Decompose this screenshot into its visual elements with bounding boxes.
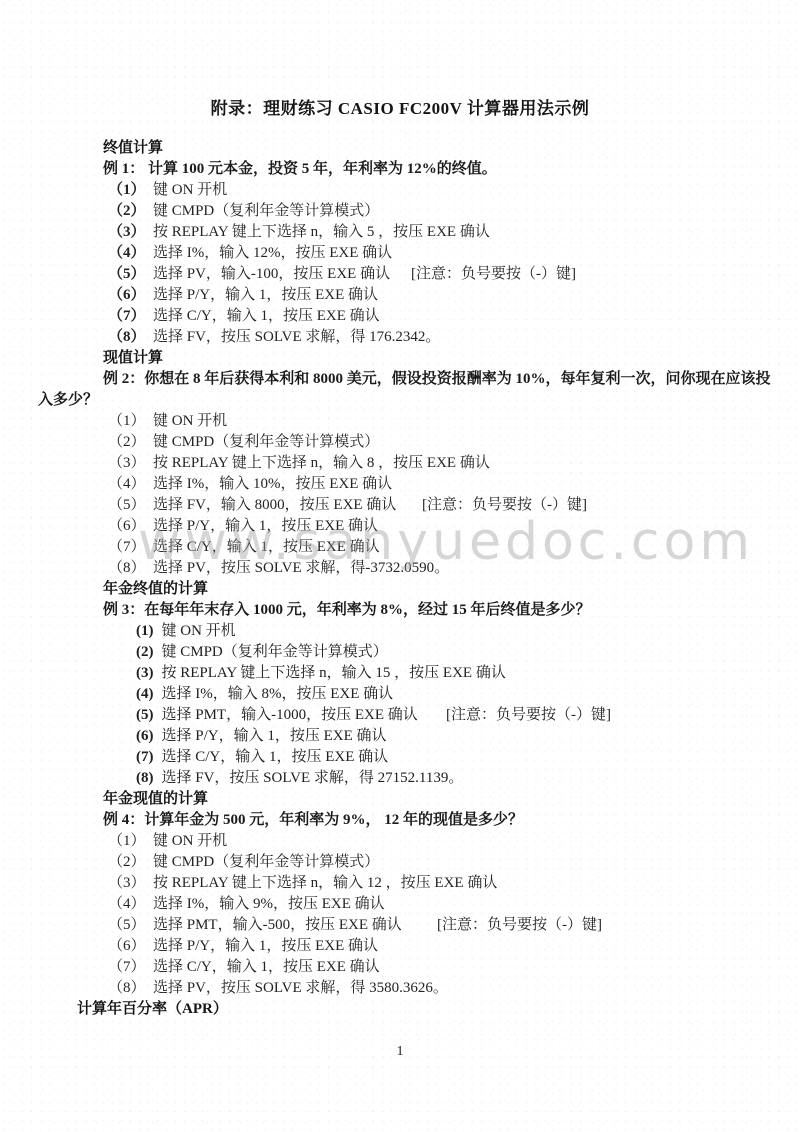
step-number: （5） xyxy=(108,495,153,516)
step-line: (4)选择 I%，输入 8%，按压 EXE 确认 xyxy=(0,684,800,705)
example-2-text: 例 2：你想在 8 年后获得本利和 8000 美元，假设投资报酬率为 10%，每… xyxy=(0,369,800,390)
step-text: 选择 PV，按压 SOLVE 求解，得-3732.0590。 xyxy=(153,560,449,576)
step-line: （2）键 CMPD（复利年金等计算模式） xyxy=(0,201,800,222)
document-body: 终值计算 例 1： 计算 100 元本金，投资 5 年，年利率为 12%的终值。… xyxy=(0,138,800,1020)
step-line: （7）选择 C/Y，输入 1，按压 EXE 确认 xyxy=(0,306,800,327)
step-line: （6）选择 P/Y，输入 1，按压 EXE 确认 xyxy=(0,516,800,537)
step-number: (5) xyxy=(136,705,154,726)
step-number: (2) xyxy=(136,642,154,663)
step-text: 键 CMPD（复利年金等计算模式） xyxy=(153,854,379,870)
step-line: (1)键 ON 开机 xyxy=(0,621,800,642)
step-text: 选择 I%，输入 9%，按压 EXE 确认 xyxy=(153,896,385,912)
step-number: （3） xyxy=(108,222,153,243)
step-text: 键 CMPD（复利年金等计算模式） xyxy=(153,434,379,450)
step-number: （1） xyxy=(108,411,153,432)
step-text: 按 REPLAY 键上下选择 n，输入 12 ，按压 EXE 确认 xyxy=(153,875,497,891)
step-line: （1）键 ON 开机 xyxy=(0,180,800,201)
step-line: （4）选择 I%，输入 12%，按压 EXE 确认 xyxy=(0,243,800,264)
negative-sign-note: [注意：负号要按（-）键] xyxy=(437,915,602,936)
step-text: 选择 P/Y，输入 1，按压 EXE 确认 xyxy=(153,287,378,303)
step-text: 选择 C/Y，输入 1，按压 EXE 确认 xyxy=(153,308,380,324)
step-text: 键 ON 开机 xyxy=(153,182,227,198)
step-line: （3）按 REPLAY 键上下选择 n，输入 5 ，按压 EXE 确认 xyxy=(0,222,800,243)
step-number: （5） xyxy=(108,915,153,936)
section-heading-final-value: 终值计算 xyxy=(0,138,800,159)
step-text: 选择 FV，按压 SOLVE 求解，得 176.2342。 xyxy=(153,329,440,345)
step-line: （8）选择 PV，按压 SOLVE 求解，得-3732.0590。 xyxy=(0,558,800,579)
step-number: （8） xyxy=(108,978,153,999)
step-line: (7)选择 C/Y，输入 1，按压 EXE 确认 xyxy=(0,747,800,768)
step-number: （5） xyxy=(108,264,153,285)
step-line: （5）选择 PMT，输入-500，按压 EXE 确认[注意：负号要按（-）键] xyxy=(0,915,800,936)
example-3-text: 例 3：在每年年末存入 1000 元，年利率为 8%，经过 15 年后终值是多少… xyxy=(0,600,800,621)
example-4-text: 例 4：计算年金为 500 元，年利率为 9%， 12 年的现值是多少？ xyxy=(0,810,800,831)
step-text: 选择 PMT，输入-500，按压 EXE 确认 xyxy=(153,917,402,933)
step-text: 选择 PV，按压 SOLVE 求解，得 3580.3626。 xyxy=(153,980,448,996)
step-number: （6） xyxy=(108,516,153,537)
step-text: 选择 C/Y，输入 1，按压 EXE 确认 xyxy=(162,749,389,765)
step-text: 选择 P/Y，输入 1，按压 EXE 确认 xyxy=(162,728,387,744)
step-number: （2） xyxy=(108,201,153,222)
step-number: （4） xyxy=(108,474,153,495)
step-number: (3) xyxy=(136,663,154,684)
page-number: 1 xyxy=(0,1044,800,1060)
step-number: （2） xyxy=(108,852,153,873)
step-number: （8） xyxy=(108,558,153,579)
step-text: 选择 I%，输入 10%，按压 EXE 确认 xyxy=(153,476,392,492)
step-line: （2）键 CMPD（复利年金等计算模式） xyxy=(0,852,800,873)
negative-sign-note: [注意：负号要按（-）键] xyxy=(422,495,587,516)
step-number: （8） xyxy=(108,327,153,348)
step-line: （3）按 REPLAY 键上下选择 n，输入 8 ，按压 EXE 确认 xyxy=(0,453,800,474)
step-number: （3） xyxy=(108,873,153,894)
step-text: 键 CMPD（复利年金等计算模式） xyxy=(162,644,388,660)
step-text: 键 ON 开机 xyxy=(153,833,227,849)
step-number: （4） xyxy=(108,243,153,264)
step-text: 键 ON 开机 xyxy=(153,413,227,429)
step-number: (4) xyxy=(136,684,154,705)
step-number: （1） xyxy=(108,180,153,201)
step-text: 选择 FV，按压 SOLVE 求解，得 27152.1139。 xyxy=(162,770,464,786)
step-number: （6） xyxy=(108,936,153,957)
step-text: 选择 PMT，输入-1000，按压 EXE 确认 xyxy=(162,707,418,723)
step-text: 选择 C/Y，输入 1，按压 EXE 确认 xyxy=(153,539,380,555)
step-text: 键 ON 开机 xyxy=(162,623,236,639)
document-title: 附录：理财练习 CASIO FC200V 计算器用法示例 xyxy=(0,94,800,119)
step-text: 选择 P/Y，输入 1，按压 EXE 确认 xyxy=(153,518,378,534)
step-line: （4）选择 I%，输入 9%，按压 EXE 确认 xyxy=(0,894,800,915)
example-2-text-wrap: 入多少？ xyxy=(0,390,800,411)
step-line: (2)键 CMPD（复利年金等计算模式） xyxy=(0,642,800,663)
document-page: 附录：理财练习 CASIO FC200V 计算器用法示例 终值计算 例 1： 计… xyxy=(0,0,800,1132)
step-text: 选择 I%，输入 12%，按压 EXE 确认 xyxy=(153,245,392,261)
step-text: 按 REPLAY 键上下选择 n，输入 8 ，按压 EXE 确认 xyxy=(153,455,490,471)
step-line: （5）选择 FV，输入 8000，按压 EXE 确认[注意：负号要按（-）键] xyxy=(0,495,800,516)
step-line: （5）选择 PV，输入-100，按压 EXE 确认[注意：负号要按（-）键] xyxy=(0,264,800,285)
step-number: （7） xyxy=(108,537,153,558)
step-number: （7） xyxy=(108,957,153,978)
step-number: （1） xyxy=(108,831,153,852)
step-text: 选择 I%，输入 8%，按压 EXE 确认 xyxy=(162,686,394,702)
step-number: (1) xyxy=(136,621,154,642)
step-text: 选择 P/Y，输入 1，按压 EXE 确认 xyxy=(153,938,378,954)
section-heading-apr: 计算年百分率（APR） xyxy=(0,999,800,1020)
step-line: （1）键 ON 开机 xyxy=(0,831,800,852)
step-line: (6)选择 P/Y，输入 1，按压 EXE 确认 xyxy=(0,726,800,747)
negative-sign-note: [注意：负号要按（-）键] xyxy=(446,705,611,726)
example-1-text: 例 1： 计算 100 元本金，投资 5 年，年利率为 12%的终值。 xyxy=(0,159,800,180)
step-number: (7) xyxy=(136,747,154,768)
section-heading-present-value: 现值计算 xyxy=(0,348,800,369)
step-line: （8）选择 PV，按压 SOLVE 求解，得 3580.3626。 xyxy=(0,978,800,999)
step-line: （7）选择 C/Y，输入 1，按压 EXE 确认 xyxy=(0,537,800,558)
step-line: （7）选择 C/Y，输入 1，按压 EXE 确认 xyxy=(0,957,800,978)
step-line: （4）选择 I%，输入 10%，按压 EXE 确认 xyxy=(0,474,800,495)
step-text: 选择 PV，输入-100，按压 EXE 确认 xyxy=(153,266,390,282)
step-line: (3)按 REPLAY 键上下选择 n，输入 15 ，按压 EXE 确认 xyxy=(0,663,800,684)
step-number: (8) xyxy=(136,768,154,789)
step-line: (8)选择 FV，按压 SOLVE 求解，得 27152.1139。 xyxy=(0,768,800,789)
step-line: （2）键 CMPD（复利年金等计算模式） xyxy=(0,432,800,453)
step-text: 按 REPLAY 键上下选择 n，输入 15 ，按压 EXE 确认 xyxy=(162,665,506,681)
step-line: （6）选择 P/Y，输入 1，按压 EXE 确认 xyxy=(0,936,800,957)
step-number: （7） xyxy=(108,306,153,327)
section-heading-annuity-present-value: 年金现值的计算 xyxy=(0,789,800,810)
step-line: （8）选择 FV，按压 SOLVE 求解，得 176.2342。 xyxy=(0,327,800,348)
step-text: 按 REPLAY 键上下选择 n，输入 5 ，按压 EXE 确认 xyxy=(153,224,490,240)
step-number: （4） xyxy=(108,894,153,915)
step-text: 选择 FV，输入 8000，按压 EXE 确认 xyxy=(153,497,396,513)
step-number: （6） xyxy=(108,285,153,306)
step-line: （1）键 ON 开机 xyxy=(0,411,800,432)
step-line: （3）按 REPLAY 键上下选择 n，输入 12 ，按压 EXE 确认 xyxy=(0,873,800,894)
step-number: (6) xyxy=(136,726,154,747)
step-line: （6）选择 P/Y，输入 1，按压 EXE 确认 xyxy=(0,285,800,306)
step-text: 选择 C/Y，输入 1，按压 EXE 确认 xyxy=(153,959,380,975)
negative-sign-note: [注意：负号要按（-）键] xyxy=(411,264,576,285)
step-number: （3） xyxy=(108,453,153,474)
step-number: （2） xyxy=(108,432,153,453)
step-line: (5)选择 PMT，输入-1000，按压 EXE 确认[注意：负号要按（-）键] xyxy=(0,705,800,726)
step-text: 键 CMPD（复利年金等计算模式） xyxy=(153,203,379,219)
section-heading-annuity-final-value: 年金终值的计算 xyxy=(0,579,800,600)
